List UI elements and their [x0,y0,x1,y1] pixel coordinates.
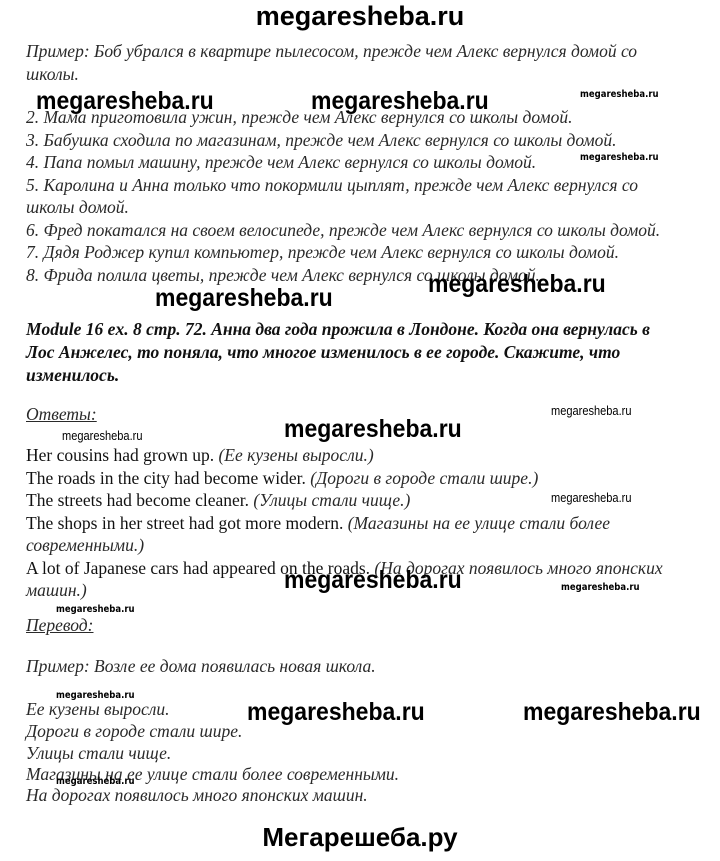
list-item: 6. Фред покатался на своем велосипеде, п… [26,219,660,241]
list-item: 3. Бабушка сходила по магазинам, прежде … [26,129,617,151]
watermark: megaresheba.ru [580,89,659,100]
site-title-footer: Мегарешеба.ру [0,822,720,853]
task-line-1: Module 16 ex. 8 стр. 72. Анна два года п… [26,318,706,341]
answer-item: The streets had become cleaner. (Улицы с… [26,489,410,511]
list-item: 4. Папа помыл машину, прежде чем Алекс в… [26,151,536,173]
translation-heading: Перевод: [26,614,94,636]
list-item: 7. Дядя Роджер купил компьютер, прежде ч… [26,241,619,263]
answer-ru: (Улицы стали чище.) [253,490,410,510]
task-line-3: изменилось. [26,364,706,387]
answer-en: The roads in the city had become wider. [26,468,306,488]
example-line-2: школы. [26,63,79,85]
translation-item: На дорогах появилось много японских маши… [26,784,368,806]
site-title-header: megaresheba.ru [0,0,720,32]
watermark: megaresheba.ru [551,490,631,505]
answer-en: The streets had become cleaner. [26,490,249,510]
watermark: megaresheba.ru [62,428,142,443]
list-item: школы домой. [26,196,129,218]
watermark: megaresheba.ru [284,415,462,444]
list-item: 2. Мама приготовила ужин, прежде чем Але… [26,106,572,128]
watermark: megaresheba.ru [561,582,640,593]
answers-heading: Ответы: [26,403,97,425]
answer-ru: (Магазины на ее улице стали более [348,513,610,533]
answer-item: Her cousins had grown up. (Ее кузены выр… [26,444,374,466]
watermark: megaresheba.ru [247,698,425,727]
watermark: megaresheba.ru [523,698,701,727]
watermark: megaresheba.ru [155,284,333,313]
task-line-2: Лос Анжелес, то поняла, что многое измен… [26,341,706,364]
answer-ru-continued: современными.) [26,534,144,556]
translation-example: Пример: Возле ее дома появилась новая шк… [26,655,376,677]
answer-item: The shops in her street had got more mod… [26,512,610,534]
answer-ru-continued: машин.) [26,579,87,601]
watermark: megaresheba.ru [428,270,606,299]
answer-en: The shops in her street had got more mod… [26,513,343,533]
translation-item: Ее кузены выросли. [26,698,170,720]
translation-item: Улицы стали чище. [26,742,171,764]
list-item: 5. Каролина и Анна только что покормили … [26,174,638,196]
translation-item: Дороги в городе стали шире. [26,720,242,742]
answer-item: The roads in the city had become wider. … [26,467,538,489]
answer-en: Her cousins had grown up. [26,445,214,465]
example-line-1: Пример: Боб убрался в квартире пылесосом… [26,40,637,62]
watermark: megaresheba.ru [580,152,659,163]
watermark: megaresheba.ru [284,566,462,595]
watermark: megaresheba.ru [551,403,631,418]
answer-ru: (Дороги в городе стали шире.) [310,468,538,488]
answer-ru: (Ее кузены выросли.) [218,445,373,465]
